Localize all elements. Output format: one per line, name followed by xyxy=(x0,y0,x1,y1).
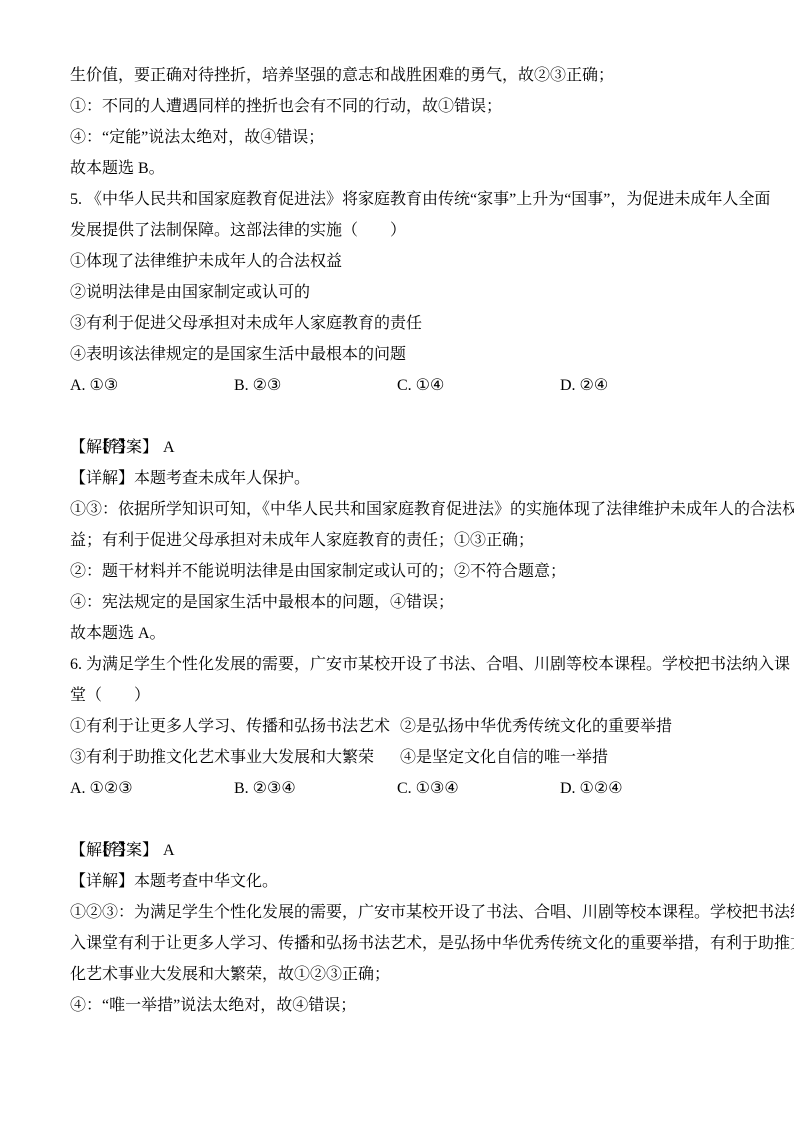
q5-choice-a: A. ①③ xyxy=(70,370,234,401)
q6-choice-c: C. ①③④ xyxy=(397,773,560,804)
q5-choice-b: B. ②③ xyxy=(234,370,397,401)
q5-statement-3: ③有利于促进父母承担对未成年人家庭教育的责任 xyxy=(70,308,724,339)
q5-choice-d: D. ②④ xyxy=(560,370,724,401)
q4-conclusion: 故本题选 B。 xyxy=(70,153,724,184)
q6-detail-line-4: 化艺术事业大发展和大繁荣，故①②③正确； xyxy=(70,959,724,990)
q5-detail-line-3: 益；有利于促进父母承担对未成年人家庭教育的责任；①③正确； xyxy=(70,525,724,556)
q6-statements-row-2: ③有利于助推文化艺术事业大发展和大繁荣 ④是坚定文化自信的唯一举措 xyxy=(70,742,724,773)
q5-answer-line: 【答案】A xyxy=(70,401,724,432)
q6-detail-line-2: ①②③：为满足学生个性化发展的需要，广安市某校开设了书法、合唱、川剧等校本课程。… xyxy=(70,897,724,928)
q6-answer-value: A xyxy=(163,842,175,859)
q6-statements-row-1: ①有利于让更多人学习、传播和弘扬书法艺术 ②是弘扬中华优秀传统文化的重要举措 xyxy=(70,711,724,742)
q6-answer-line: 【答案】A xyxy=(70,804,724,835)
q6-statement-3: ③有利于助推文化艺术事业大发展和大繁荣 xyxy=(70,742,400,773)
q6-choice-a: A. ①②③ xyxy=(70,773,234,804)
q5-choice-c: C. ①④ xyxy=(397,370,560,401)
q5-detail-line-2: ①③：依据所学知识可知，《中华人民共和国家庭教育促进法》的实施体现了法律维护未成… xyxy=(70,494,724,525)
q5-statement-2: ②说明法律是由国家制定或认可的 xyxy=(70,277,724,308)
q6-statement-1: ①有利于让更多人学习、传播和弘扬书法艺术 xyxy=(70,711,400,742)
q5-statement-4: ④表明该法律规定的是国家生活中最根本的问题 xyxy=(70,339,724,370)
q5-choices-row: A. ①③ B. ②③ C. ①④ D. ②④ xyxy=(70,370,724,401)
q4-analysis-line-3: ④：“定能”说法太绝对，故④错误； xyxy=(70,122,724,153)
q6-choices-row: A. ①②③ B. ②③④ C. ①③④ D. ①②④ xyxy=(70,773,724,804)
exam-paper-page: 生价值，要正确对待挫折，培养坚强的意志和战胜困难的勇气，故②③正确； ①：不同的… xyxy=(0,0,794,1123)
q5-conclusion: 故本题选 A。 xyxy=(70,618,724,649)
document-body: 生价值，要正确对待挫折，培养坚强的意志和战胜困难的勇气，故②③正确； ①：不同的… xyxy=(0,0,794,1021)
q5-stem-line-1: 5. 《中华人民共和国家庭教育促进法》将家庭教育由传统“家事”上升为“国事”，为… xyxy=(70,184,724,215)
q5-detail-line-5: ④：宪法规定的是国家生活中最根本的问题，④错误； xyxy=(70,587,724,618)
q5-detail-line-1: 【详解】本题考查未成年人保护。 xyxy=(70,463,724,494)
q6-detail-line-1: 【详解】本题考查中华文化。 xyxy=(70,866,724,897)
q4-analysis-line-2: ①：不同的人遭遇同样的挫折也会有不同的行动，故①错误； xyxy=(70,91,724,122)
q6-stem-line-2: 堂（ ） xyxy=(70,680,724,711)
q6-choice-b: B. ②③④ xyxy=(234,773,397,804)
q4-analysis-line-1: 生价值，要正确对待挫折，培养坚强的意志和战胜困难的勇气，故②③正确； xyxy=(70,60,724,91)
q6-statement-4: ④是坚定文化自信的唯一举措 xyxy=(400,742,724,773)
q5-statement-1: ①体现了法律维护未成年人的合法权益 xyxy=(70,246,724,277)
q5-detail-line-4: ②：题干材料并不能说明法律是由国家制定或认可的；②不符合题意； xyxy=(70,556,724,587)
q6-choice-d: D. ①②④ xyxy=(560,773,724,804)
q5-stem-line-2: 发展提供了法制保障。这部法律的实施（ ） xyxy=(70,215,724,246)
q6-detail-line-3: 入课堂有利于让更多人学习、传播和弘扬书法艺术，是弘扬中华优秀传统文化的重要举措，… xyxy=(70,928,724,959)
q6-statement-2: ②是弘扬中华优秀传统文化的重要举措 xyxy=(400,711,724,742)
q5-answer-value: A xyxy=(163,439,175,456)
q6-stem-line-1: 6. 为满足学生个性化发展的需要，广安市某校开设了书法、合唱、川剧等校本课程。学… xyxy=(70,649,724,680)
q6-detail-line-5: ④：“唯一举措”说法太绝对，故④错误； xyxy=(70,990,724,1021)
